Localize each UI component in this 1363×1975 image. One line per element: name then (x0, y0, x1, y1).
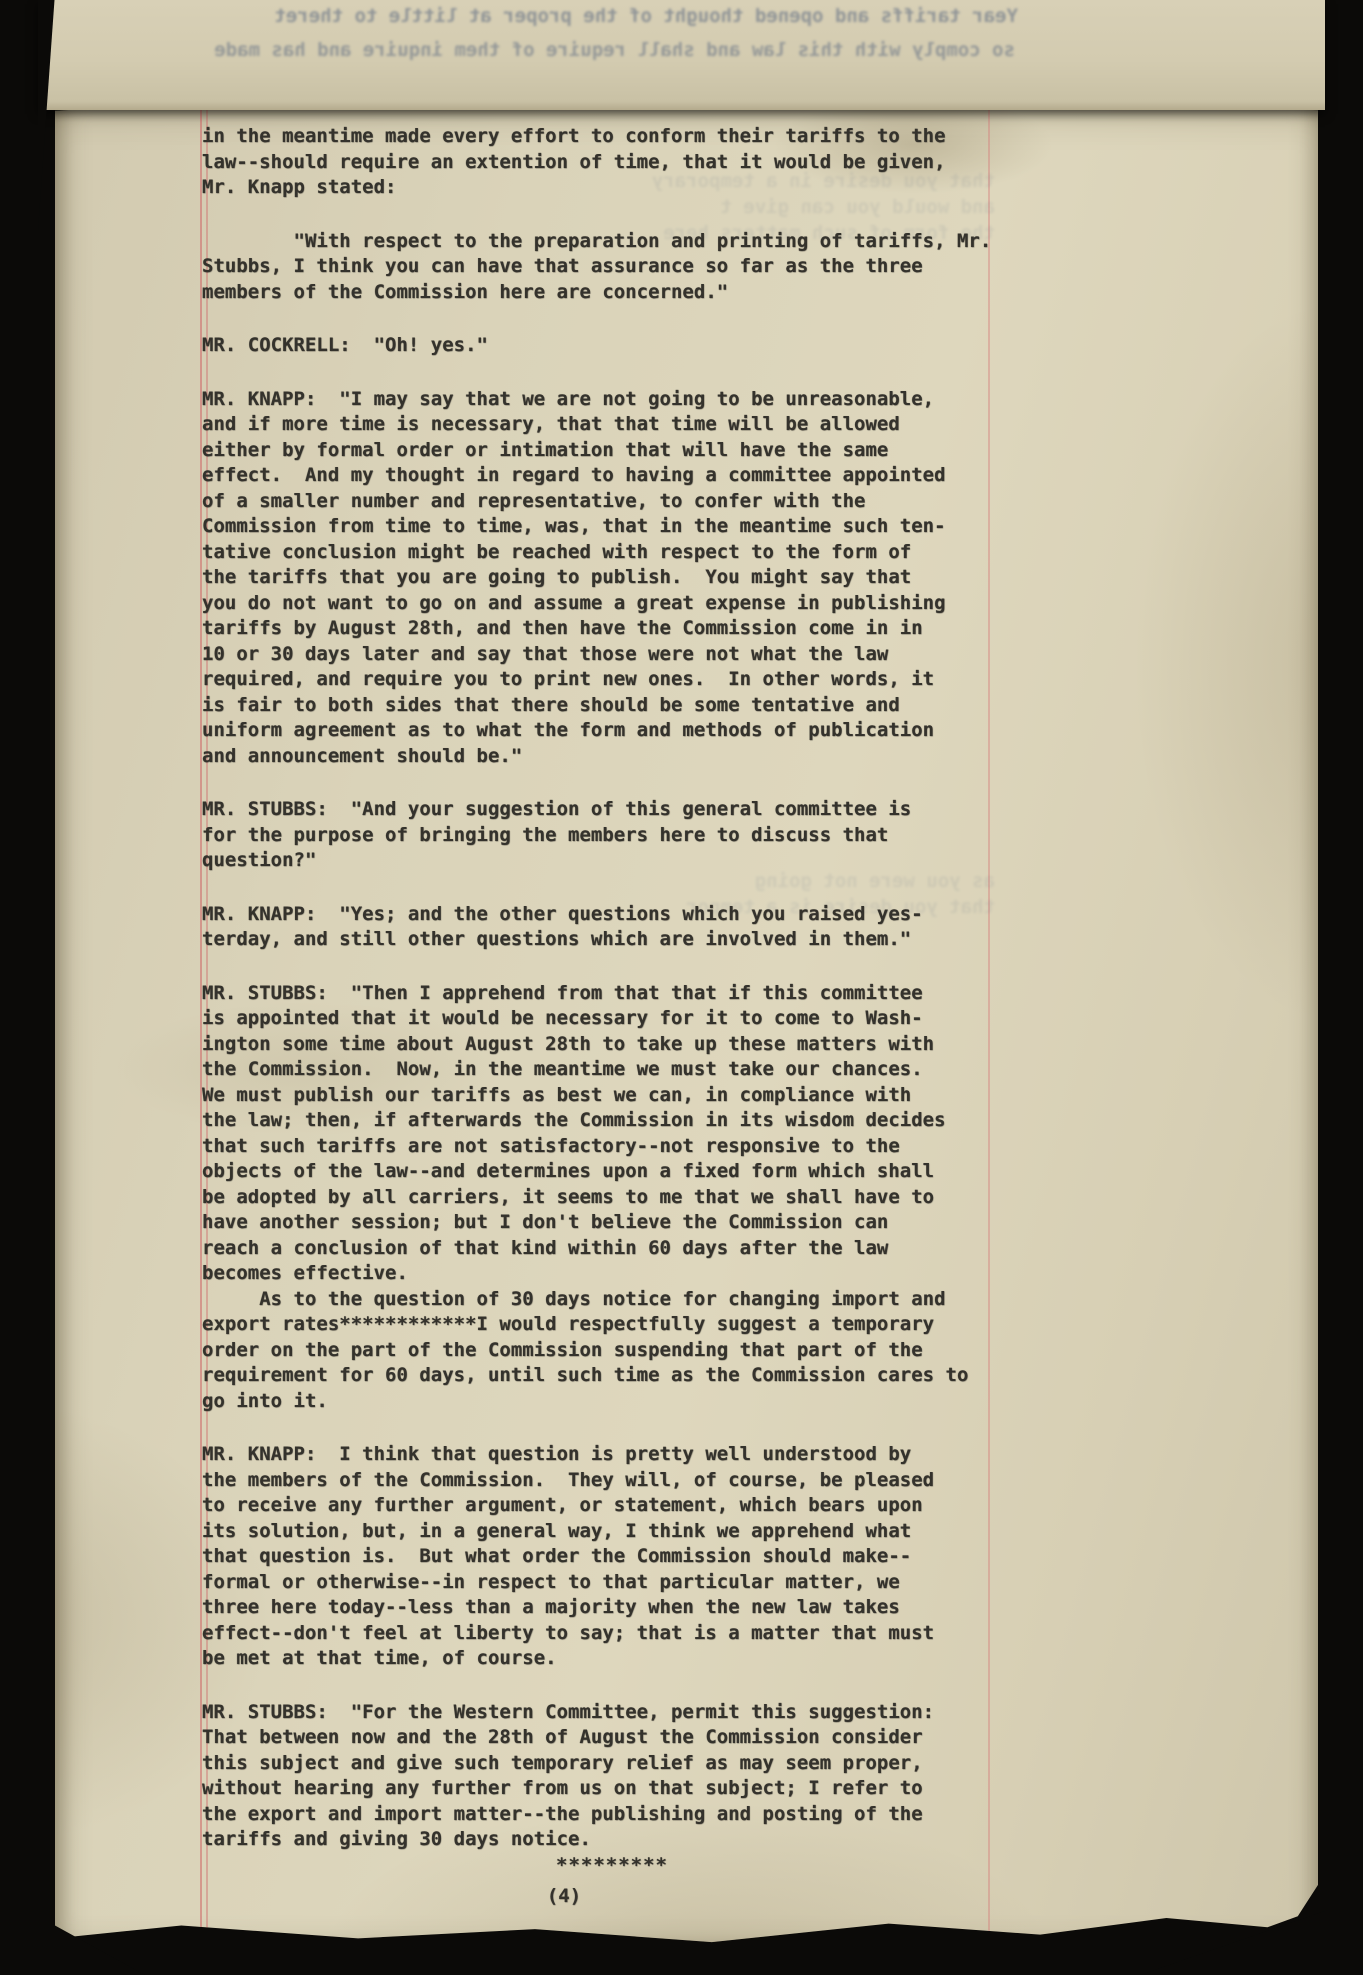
bleed-through-text: so comply with this law and shall requir… (50, 36, 1015, 64)
transcript-paragraph-knapp: MR. KNAPP: I think that question is pret… (202, 1442, 1022, 1672)
transcript-paragraph-knapp: MR. KNAPP: "I may say that we are not go… (202, 387, 1022, 770)
page-number: (4) (154, 1884, 974, 1910)
previous-page-sheet-edge: Year tariffs and opened thought of the p… (38, 0, 1325, 110)
asterisk-separator: ********* (202, 1853, 1022, 1879)
document-page: that you desire in a temporary and would… (55, 108, 1318, 1955)
transcript-paragraph-knapp: MR. KNAPP: "Yes; and the other questions… (202, 902, 1022, 953)
typewritten-text-column: in the meantime made every effort to con… (202, 124, 1022, 1910)
photo-background: Year tariffs and opened thought of the p… (0, 0, 1363, 1975)
transcript-paragraph-stubbs: MR. STUBBS: "Then I apprehend from that … (202, 981, 1022, 1415)
transcript-paragraph-stubbs: MR. STUBBS: "And your suggestion of this… (202, 797, 1022, 874)
bleed-through-text: Year tariffs and opened thought of the p… (138, 2, 1018, 30)
transcript-paragraph-quote: "With respect to the preparation and pri… (202, 229, 1022, 306)
transcript-paragraph: in the meantime made every effort to con… (202, 124, 1022, 201)
transcript-paragraph-cockrell: MR. COCKRELL: "Oh! yes." (202, 333, 1022, 359)
transcript-paragraph-stubbs: MR. STUBBS: "For the Western Committee, … (202, 1700, 1022, 1853)
